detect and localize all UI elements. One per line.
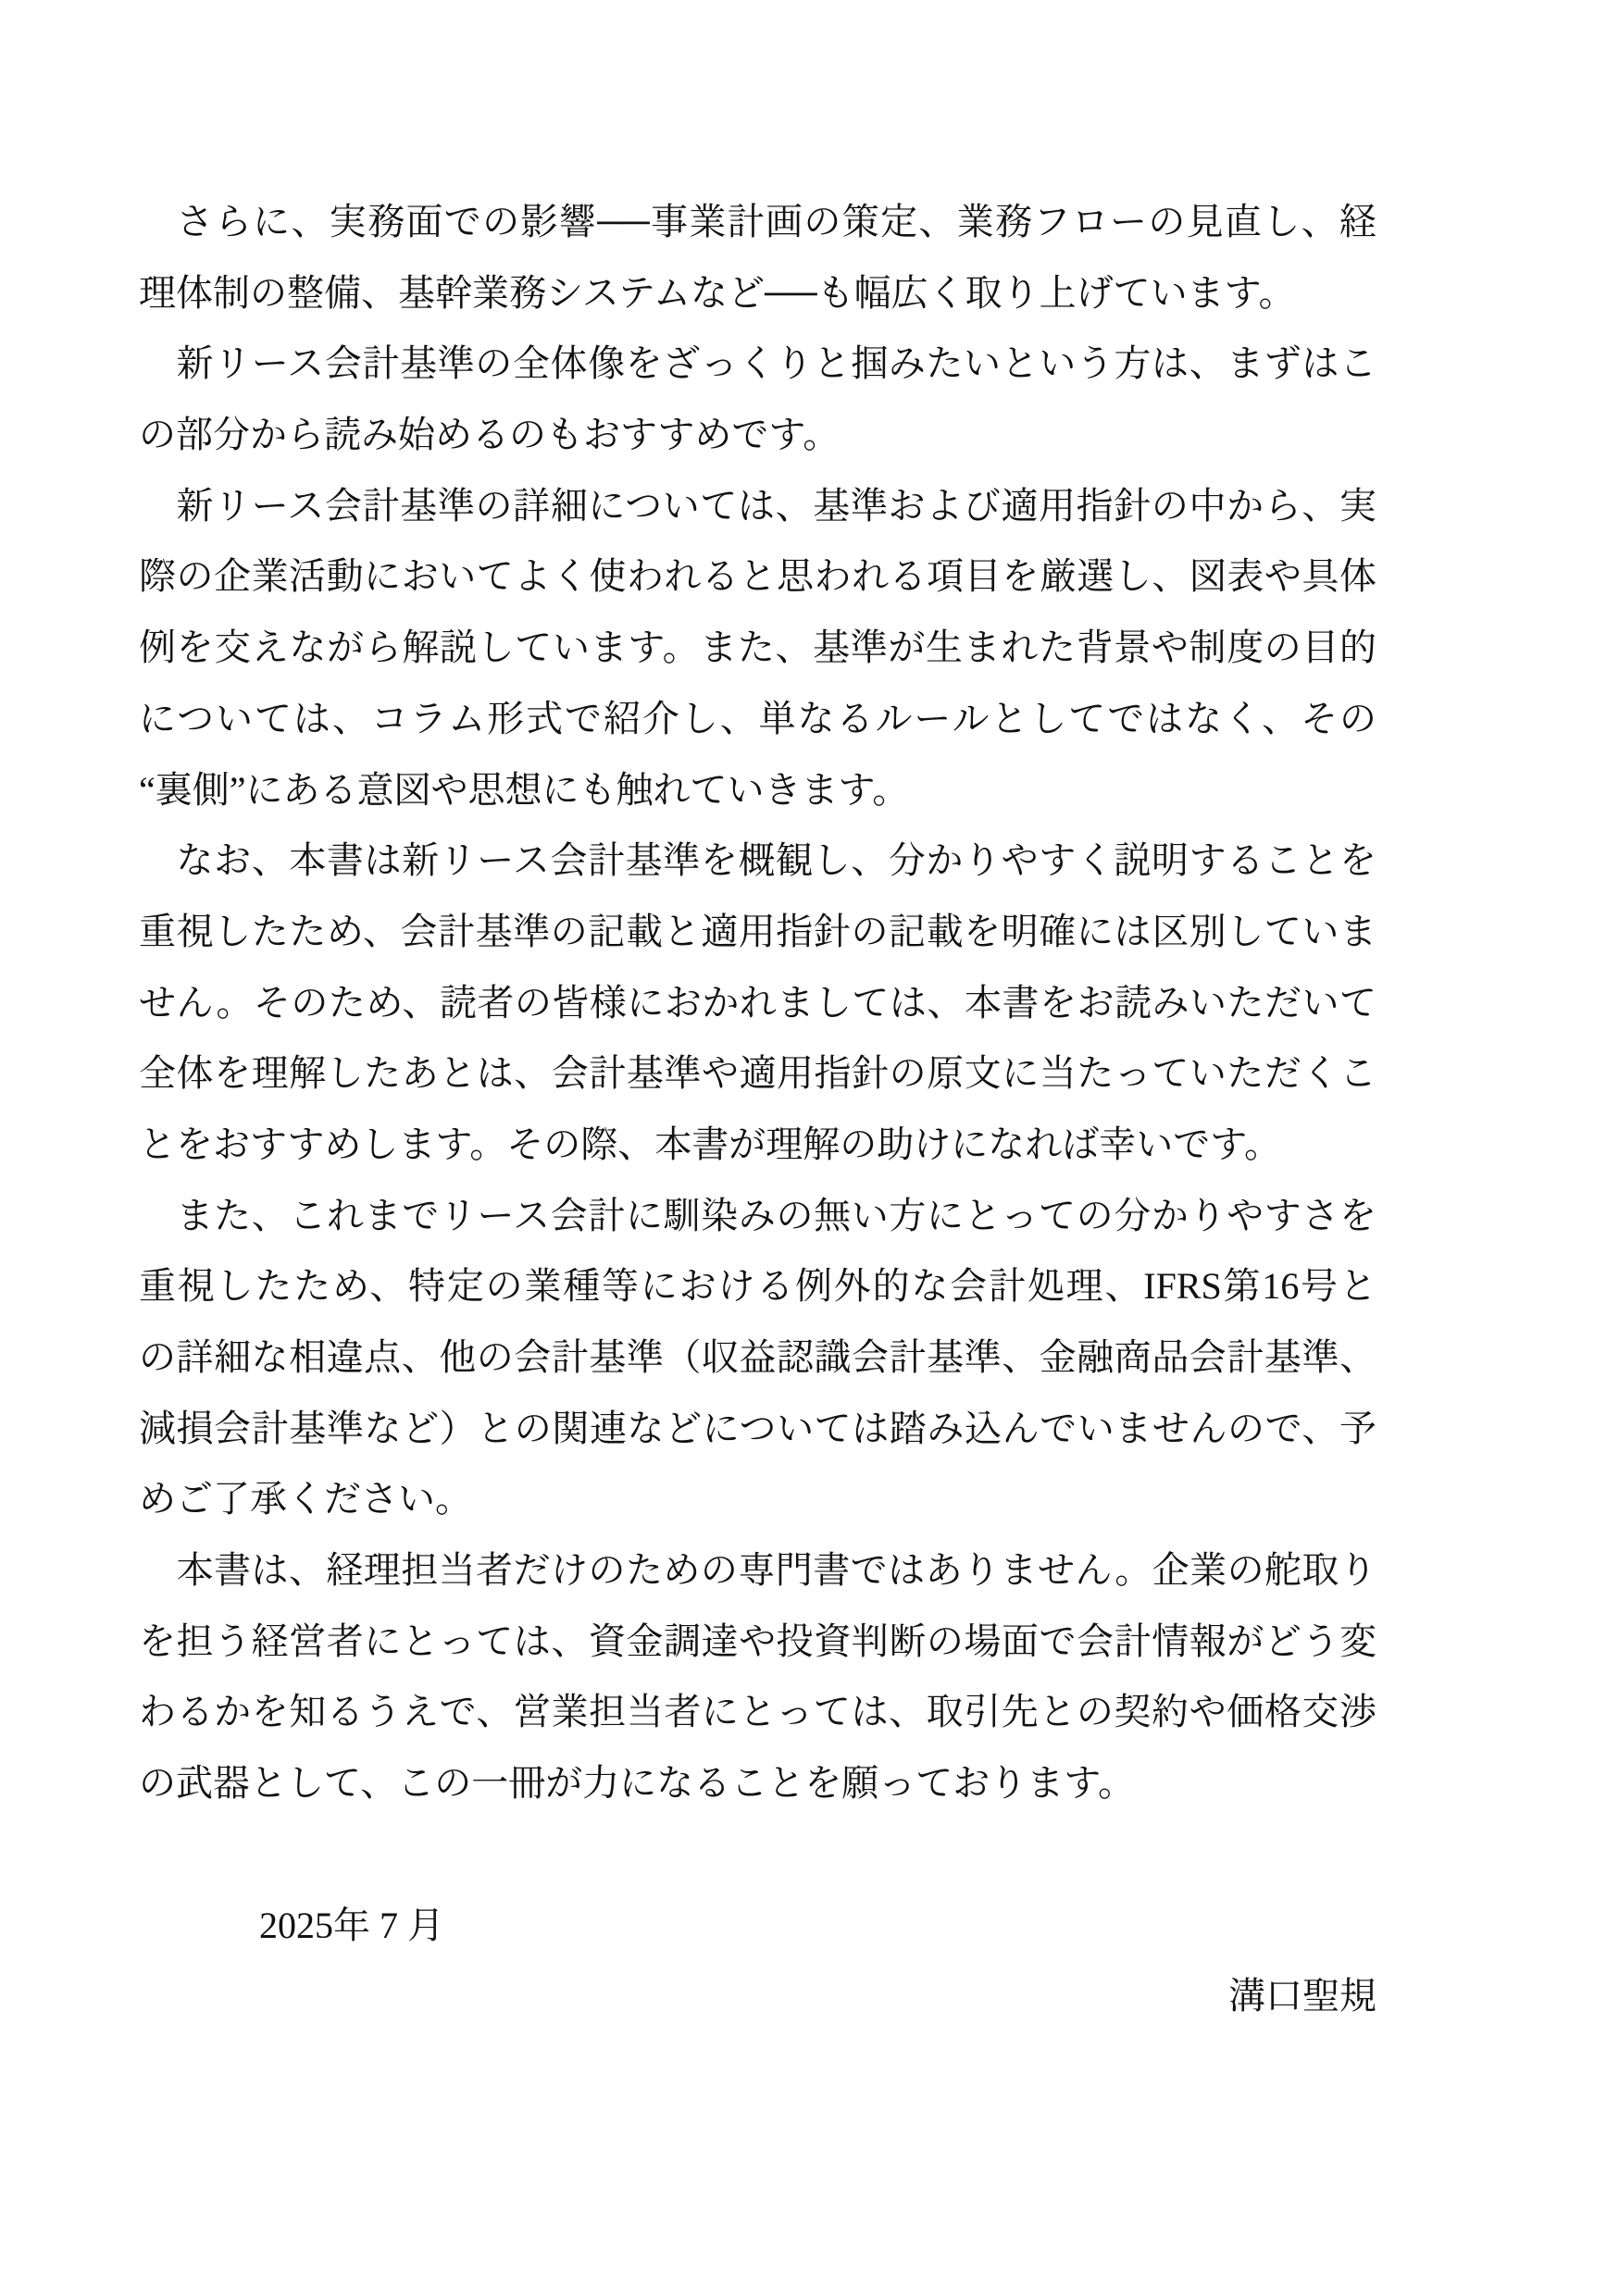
text-line: さらに、実務面での影響──事業計画の策定、業務フローの見直し、経 (139, 187, 1376, 258)
text-line: 本書は、経理担当者だけのための専門書ではありません。企業の舵取り (139, 1535, 1376, 1607)
date-line: 2025年 7 月 (139, 1891, 1376, 1962)
text-line: 例を交えながら解説しています。また、基準が生まれた背景や制度の目的 (139, 613, 1376, 684)
text-line: 重視したため、特定の業種等における例外的な会計処理、IFRS第16号と (139, 1251, 1376, 1322)
text-line: わるかを知るうえで、営業担当者にとっては、取引先との契約や価格交渉 (139, 1677, 1376, 1748)
author-name: 溝口聖規 (139, 1961, 1376, 2032)
blank-line (139, 1819, 1376, 1891)
preface-text-block: さらに、実務面での影響──事業計画の策定、業務フローの見直し、経理体制の整備、基… (139, 187, 1376, 2032)
text-line: なお、本書は新リース会計基準を概観し、分かりやすく説明することを (139, 825, 1376, 897)
text-line: の詳細な相違点、他の会計基準（収益認識会計基準、金融商品会計基準、 (139, 1322, 1376, 1394)
text-line: また、これまでリース会計に馴染みの無い方にとっての分かりやすさを (139, 1181, 1376, 1252)
text-line: の部分から読み始めるのもおすすめです。 (139, 400, 1376, 471)
text-line: せん。そのため、読者の皆様におかれましては、本書をお読みいただいて (139, 968, 1376, 1039)
text-line: “裏側”にある意図や思想にも触れていきます。 (139, 755, 1376, 826)
text-line: 理体制の整備、基幹業務システムなど──も幅広く取り上げています。 (139, 258, 1376, 329)
document-page: さらに、実務面での影響──事業計画の策定、業務フローの見直し、経理体制の整備、基… (0, 0, 1619, 2296)
text-line: 減損会計基準など）との関連などについては踏み込んでいませんので、予 (139, 1394, 1376, 1465)
text-line: とをおすすめします。その際、本書が理解の助けになれば幸いです。 (139, 1110, 1376, 1181)
text-line: 全体を理解したあとは、会計基準や適用指針の原文に当たっていただくこ (139, 1038, 1376, 1110)
text-line: 新リース会計基準の全体像をざっくりと掴みたいという方は、まずはこ (139, 329, 1376, 400)
text-line: の武器として、この一冊が力になることを願っております。 (139, 1748, 1376, 1819)
text-line: を担う経営者にとっては、資金調達や投資判断の場面で会計情報がどう変 (139, 1607, 1376, 1678)
text-line: 新リース会計基準の詳細については、基準および適用指針の中から、実 (139, 471, 1376, 542)
text-line: については、コラム形式で紹介し、単なるルールとしてではなく、その (139, 684, 1376, 755)
text-line: めご了承ください。 (139, 1464, 1376, 1535)
text-line: 重視したため、会計基準の記載と適用指針の記載を明確には区別していま (139, 897, 1376, 968)
text-line: 際の企業活動においてよく使われると思われる項目を厳選し、図表や具体 (139, 541, 1376, 613)
